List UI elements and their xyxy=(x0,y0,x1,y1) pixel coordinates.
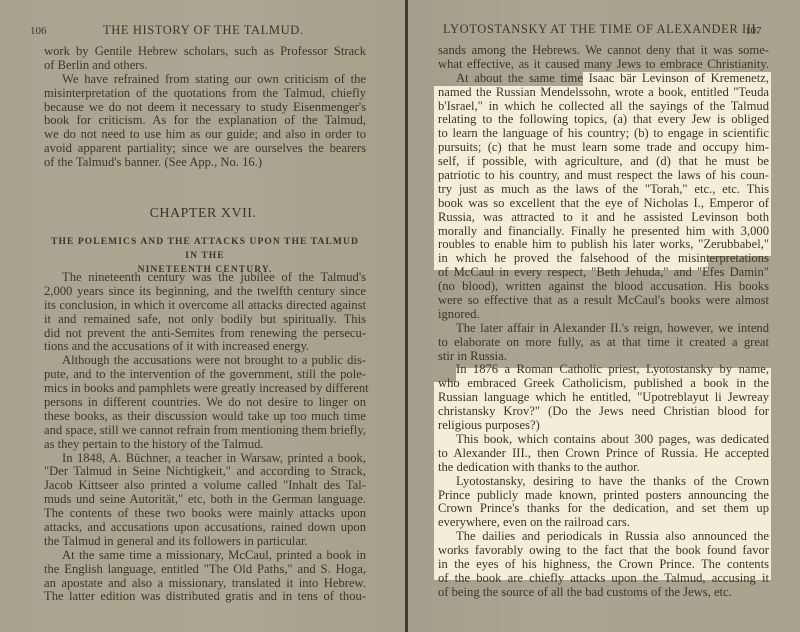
text-line: these books, as their discussion would t… xyxy=(44,410,366,424)
text-line: Crown Prince's thanks for the dedication… xyxy=(438,502,769,516)
text-line: of the book are chiefly attacks upon the… xyxy=(438,572,769,586)
text-line: stir in Russia. xyxy=(438,350,769,364)
page-number: 107 xyxy=(745,25,762,37)
text-line: relating to the following topics, (a) th… xyxy=(438,113,769,127)
text-line: The latter edition was distributed grati… xyxy=(44,590,366,604)
right-page: LYOTOSTANSKY AT THE TIME OF ALEXANDER II… xyxy=(408,0,800,632)
text-line: At the same time a missionary, McCaul, p… xyxy=(44,549,366,563)
text-line: morally and financially. Finally he pres… xyxy=(438,225,769,239)
text-line: to Alexander III., then Crown Prince of … xyxy=(438,447,769,461)
text-line: the Talmud in general and its followers … xyxy=(44,535,366,549)
text-line: The nineteenth century was the jubilee o… xyxy=(44,271,366,285)
text-line: patriotic to his country, and must respe… xyxy=(438,169,769,183)
text-line: book was so excellent that the eye of Ni… xyxy=(438,197,769,211)
text-line: what effective, as it caused many Jews t… xyxy=(438,58,769,72)
text-line: sands among the Hebrews. We cannot deny … xyxy=(438,44,769,58)
text-line: in which he proved the falsehood of the … xyxy=(438,252,769,266)
chapter-subtitle-line-1: THE POLEMICS AND THE ATTACKS UPON THE TA… xyxy=(44,235,366,263)
text-line: we do not need to use him as our guide; … xyxy=(44,128,366,142)
text-line: self, if possible, with agriculture, and… xyxy=(438,155,769,169)
text-line: an apostate and also a missionary, trans… xyxy=(44,577,366,591)
text-line: to learn the language of his country; (b… xyxy=(438,127,769,141)
text-line: did not prevent the anti-Semites from re… xyxy=(44,327,366,341)
text-line: muds und seine Autorität," etc, both in … xyxy=(44,493,366,507)
page-number: 106 xyxy=(30,25,47,37)
text-line: In 1848, A. Büchner, a teacher in Warsaw… xyxy=(44,452,366,466)
text-line: religious purposes?) xyxy=(438,419,769,433)
text-line: The later affair in Alexander II.'s reig… xyxy=(438,322,769,336)
text-line: misinterpretation of the quotations from… xyxy=(44,87,366,101)
text-line: The dailies and periodicals in Russia al… xyxy=(438,530,769,544)
text-line: mics in books and pamphlets were greatly… xyxy=(44,382,366,396)
text-block-body: The nineteenth century was the jubilee o… xyxy=(44,271,366,604)
text-line: roubles to enable him to publish his lat… xyxy=(438,238,769,252)
text-line: Although the accusations were not brough… xyxy=(44,354,366,368)
text-line: were so effective that as a result McCau… xyxy=(438,294,769,308)
text-block-top: work by Gentile Hebrew scholars, such as… xyxy=(44,45,366,170)
text-line: ignored. xyxy=(438,308,769,322)
text-line: of McCaul in every respect, "Beth Jehuda… xyxy=(438,266,769,280)
text-line: and space, still we cannot refrain from … xyxy=(44,424,366,438)
text-line: christansky Krov?" (Do the Jews need Chr… xyxy=(438,405,769,419)
text-line: "Der Talmud in Seine Nichtigkeit," and a… xyxy=(44,465,366,479)
text-line: Russia, was attracted to it and he assis… xyxy=(438,211,769,225)
text-line: because we do not deem it necessary to s… xyxy=(44,101,366,115)
text-line: it and remained safe, not only bodily bu… xyxy=(44,313,366,327)
text-line: The contents of these two books were mai… xyxy=(44,507,366,521)
text-line: of the Talmud's banner. (See App., No. 1… xyxy=(44,156,366,170)
text-line: (no blood), written against the blood ac… xyxy=(438,280,769,294)
text-line: of being the source of all the bad custo… xyxy=(438,586,769,600)
text-line: avoid apparent partiality; since we are … xyxy=(44,142,366,156)
left-page: 106 THE HISTORY OF THE TALMUD. work by G… xyxy=(0,0,406,632)
text-line: everywhere, even on the railroad cars. xyxy=(438,516,769,530)
text-line: the dedication with thanks to the author… xyxy=(438,461,769,475)
text-line: of Berlin and others. xyxy=(44,59,366,73)
text-line: tions and the accusations of it with inc… xyxy=(44,340,366,354)
text-line: In 1876 a Roman Catholic priest, Lyotost… xyxy=(438,363,769,377)
text-line: persons in different countries. We do no… xyxy=(44,396,366,410)
text-line: the English language, entitled "The Old … xyxy=(44,563,366,577)
running-head: THE HISTORY OF THE TALMUD. xyxy=(103,23,304,38)
text-line: Russian language which he entitled, "Upo… xyxy=(438,391,769,405)
text-line: in the eyes of his highness, the Crown P… xyxy=(438,558,769,572)
text-line: pursuits; (c) that he must learn some tr… xyxy=(438,141,769,155)
text-line: who embraced Greek Catholicism, publishe… xyxy=(438,377,769,391)
chapter-title: CHAPTER XVII. xyxy=(0,206,406,222)
text-line: This book, which contains about 300 page… xyxy=(438,433,769,447)
text-line: Prince publicly made known, printed post… xyxy=(438,489,769,503)
running-head: LYOTOSTANSKY AT THE TIME OF ALEXANDER II… xyxy=(443,22,760,37)
text-line: 2,000 years since its beginning, and the… xyxy=(44,285,366,299)
text-line: its conclusion, in which it overcome all… xyxy=(44,299,366,313)
text-line: At about the same time Isaac bär Levinso… xyxy=(438,72,769,86)
text-line: Lyotostansky, desiring to have the thank… xyxy=(438,475,769,489)
text-line: work by Gentile Hebrew scholars, such as… xyxy=(44,45,366,59)
text-line: attacks, and accusations upon accusation… xyxy=(44,521,366,535)
text-block-body: sands among the Hebrews. We cannot deny … xyxy=(438,44,769,600)
text-line: to elaborate on more fully, as at that t… xyxy=(438,336,769,350)
text-line: Jacob Kittseer also printed a volume cal… xyxy=(44,479,366,493)
text-line: pute, and to the intervention of the gov… xyxy=(44,368,366,382)
text-line: book for criticism. As for the explanati… xyxy=(44,114,366,128)
text-line: b'Israel," in which he collected all the… xyxy=(438,100,769,114)
text-line: works favorably owing to the fact that t… xyxy=(438,544,769,558)
text-line: We have refrained from stating our own c… xyxy=(44,73,366,87)
text-line: try just as much as the laws of the "Tor… xyxy=(438,183,769,197)
text-line: as they pertain to the history of the Ta… xyxy=(44,438,366,452)
text-line: named the Russian Mendelssohn, wrote a b… xyxy=(438,86,769,100)
